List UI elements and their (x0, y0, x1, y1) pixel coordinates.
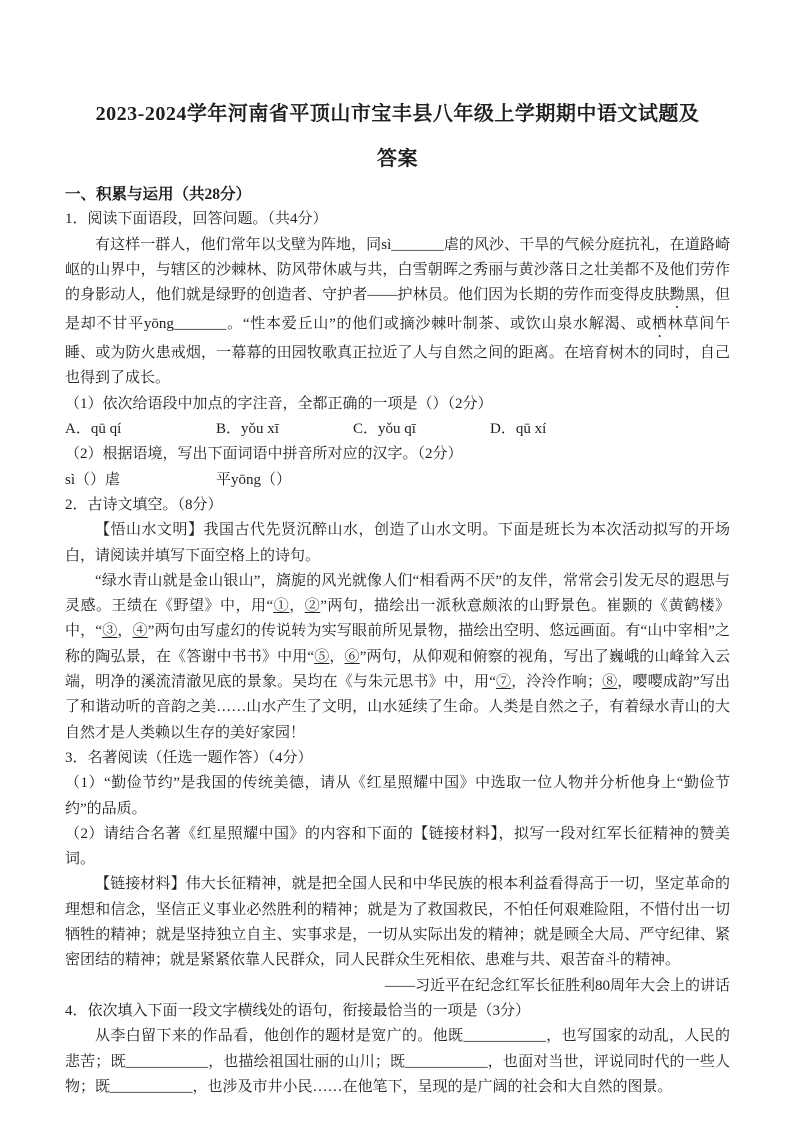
exam-title: 2023-2024学年河南省平顶山市宝丰县八年级上学期期中语文试题及 答案 (65, 92, 730, 182)
q1-stem: 1．阅读下面语段，回答问题。（共4分） (65, 207, 730, 232)
q1-option-b: B．yǒu xī (216, 417, 353, 442)
q3-stem: 3．名著阅读（任选一题作答）（4分） (65, 746, 730, 771)
q3-linked-material: 【链接材料】伟大长征精神，就是把全国人民和中华民族的根本利益看得高于一切，坚定革… (65, 872, 730, 973)
q1-option-a: A．qū qí (65, 417, 216, 442)
q3-sub1: （1）“勤俭节约”是我国的传统美德，请从《红星照耀中国》中选取一位人物并分析他身… (65, 771, 730, 822)
underlined-blank-number: ① (273, 598, 289, 614)
q4-passage: 从李白留下来的作品看，他创作的题材是宽广的。他既___________，也写国家… (65, 1024, 730, 1100)
text-segment: ， (117, 623, 132, 639)
exam-title-line2: 答案 (377, 148, 418, 170)
exam-document-page: 2023-2024学年河南省平顶山市宝丰县八年级上学期期中语文试题及 答案 一、… (0, 0, 793, 1122)
emphasis-dotted-char: 黝 (670, 287, 685, 303)
q1-pinyin-blanks-row: sì（）虐 平yōng（） (65, 468, 730, 493)
q2-intro: 【悟山水文明】我国古代先贤沉醉山水，创造了山水文明。下面是班长为本次活动拟写的开… (65, 518, 730, 569)
text-segment: ， (289, 598, 305, 614)
underlined-blank-number: ⑤ (314, 649, 329, 665)
emphasis-dotted-char: 栖 (652, 316, 668, 332)
text-segment: 有这样一群人，他们常年以戈壁为阵地，同sì_______虐的风沙、干旱的气候分庭… (65, 237, 730, 304)
q1-option-c: C．yǒu qī (353, 417, 490, 442)
exam-title-line1: 2023-2024学年河南省平顶山市宝丰县八年级上学期期中语文试题及 (96, 103, 700, 125)
q2-poem-passage: “绿水青山就是金山银山”，旖旎的风光就像人们“相看两不厌”的友伴，常常会引发无尽… (65, 569, 730, 746)
underlined-blank-number: ② (305, 598, 321, 614)
q4-stem: 4．依次填入下面一段文字横线处的语句，衔接最恰当的一项是（3分） (65, 999, 730, 1024)
exam-body: 一、积累与运用（共28分） 1．阅读下面语段，回答问题。（共4分） 有这样一群人… (65, 182, 730, 1100)
underlined-blank-number: ③ (102, 623, 117, 639)
text-segment: ， (329, 649, 344, 665)
q1-pinyin-blank-1: sì（）虐 (65, 468, 216, 493)
underlined-blank-number: ⑦ (496, 674, 511, 690)
q1-passage: 有这样一群人，他们常年以戈壁为阵地，同sì_______虐的风沙、干旱的气候分庭… (65, 233, 730, 392)
q2-stem: 2．古诗文填空。（8分） (65, 493, 730, 518)
underlined-blank-number: ⑧ (602, 674, 617, 690)
underlined-blank-number: ⑥ (345, 649, 360, 665)
q1-sub2-stem: （2）根据语境，写出下面词语中拼音所对应的汉字。（2分） (65, 442, 730, 467)
text-segment: ，泠泠作响； (511, 674, 602, 690)
q1-pinyin-blank-2: 平yōng（） (216, 468, 291, 493)
q1-options-row: A．qū qí B．yǒu xī C．yǒu qī D．qū xí (65, 417, 730, 442)
q3-attribution-line: ——习近平在纪念红军长征胜利80周年大会上的讲话 (65, 974, 730, 999)
q1-sub1-stem: （1）依次给语段中加点的字注音，全都正确的一项是（）（2分） (65, 392, 730, 417)
section-1-heading: 一、积累与运用（共28分） (65, 182, 730, 207)
q3-sub2: （2）请结合名著《红星照耀中国》的内容和下面的【链接材料】，拟写一段对红军长征精… (65, 822, 730, 873)
q1-option-d: D．qū xí (490, 417, 546, 442)
underlined-blank-number: ④ (133, 623, 148, 639)
